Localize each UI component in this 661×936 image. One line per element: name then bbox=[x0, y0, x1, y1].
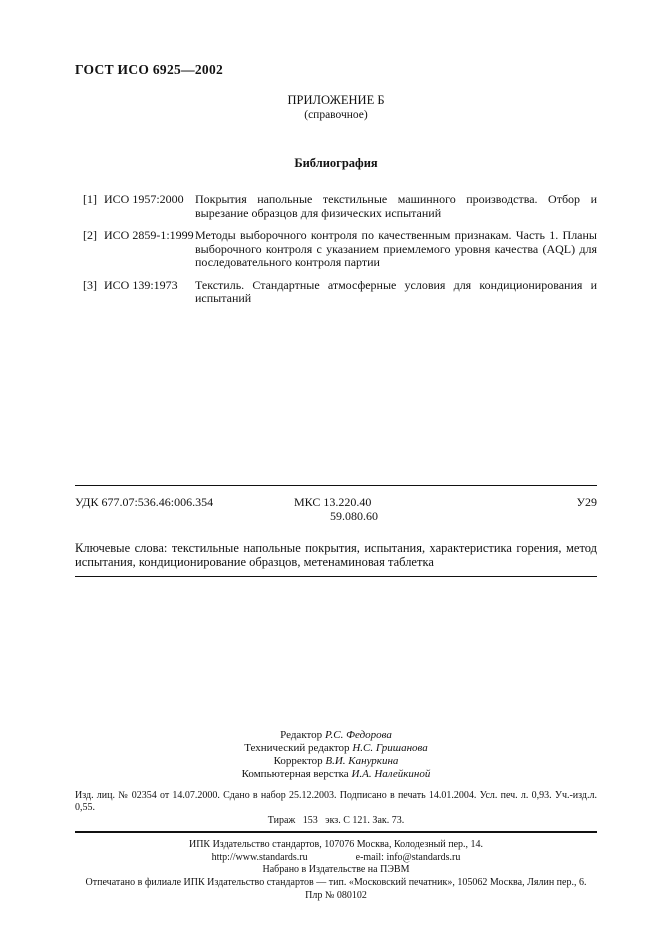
publisher-website: http://www.standards.ru bbox=[212, 852, 308, 864]
staff-name: Р.С. Федорова bbox=[325, 729, 392, 741]
staff-line: Технический редактор Н.С. Гришанова bbox=[75, 742, 597, 755]
entry-description: Методы выборочного контроля по качествен… bbox=[195, 229, 597, 270]
staff-role: Корректор bbox=[274, 755, 326, 767]
subject-index: У29 bbox=[378, 495, 597, 523]
bibliography-list: [1] ИСО 1957:2000 Покрытия напольные тек… bbox=[75, 193, 597, 306]
document-page: ГОСТ ИСО 6925—2002 ПРИЛОЖЕНИЕ Б (справоч… bbox=[75, 0, 597, 903]
publisher-block: ИПК Издательство стандартов, 107076 Моск… bbox=[75, 839, 597, 902]
mks-code-secondary: 59.080.60 bbox=[330, 509, 378, 523]
staff-line: Редактор Р.С. Федорова bbox=[75, 729, 597, 742]
appendix-heading: ПРИЛОЖЕНИЕ Б (справочное) bbox=[75, 93, 597, 121]
classification-row: УДК 677.07:536.46:006.354 МКС 13.220.40 … bbox=[75, 495, 597, 523]
staff-name: В.И. Кануркина bbox=[325, 755, 398, 767]
entry-number: [1] bbox=[75, 193, 104, 220]
staff-line: Корректор В.И. Кануркина bbox=[75, 755, 597, 768]
mks-codes: МКС 13.220.40 59.080.60 bbox=[294, 495, 378, 523]
bibliography-title: Библиография bbox=[75, 156, 597, 171]
bibliography-entry: [1] ИСО 1957:2000 Покрытия напольные тек… bbox=[75, 193, 597, 220]
bibliography-entry: [2] ИСО 2859-1:1999 Методы выборочного к… bbox=[75, 229, 597, 270]
entry-number: [2] bbox=[75, 229, 104, 270]
staff-credits: Редактор Р.С. Федорова Технический редак… bbox=[75, 729, 597, 781]
publisher-address: ИПК Издательство стандартов, 107076 Моск… bbox=[75, 839, 597, 851]
publisher-email: e-mail: info@standards.ru bbox=[356, 852, 461, 864]
entry-standard-code: ИСО 1957:2000 bbox=[104, 193, 195, 220]
staff-name: Н.С. Гришанова bbox=[352, 742, 427, 754]
horizontal-rule-middle bbox=[75, 576, 597, 577]
mks-code-primary: МКС 13.220.40 bbox=[294, 495, 378, 509]
horizontal-rule-bottom-thick bbox=[75, 831, 597, 833]
staff-name: И.А. Налейкиной bbox=[351, 768, 430, 780]
entry-number: [3] bbox=[75, 279, 104, 306]
appendix-subtitle: (справочное) bbox=[75, 109, 597, 121]
bibliography-entry: [3] ИСО 139:1973 Текстиль. Стандартные а… bbox=[75, 279, 597, 306]
staff-role: Компьютерная верстка bbox=[242, 768, 352, 780]
publisher-contacts: http://www.standards.ru e-mail: info@sta… bbox=[75, 852, 597, 864]
typeset-note: Набрано в Издательстве на ПЭВМ bbox=[75, 864, 597, 876]
entry-description: Покрытия напольные текстильные машинного… bbox=[195, 193, 597, 220]
entry-description: Текстиль. Стандартные атмосферные услови… bbox=[195, 279, 597, 306]
appendix-title: ПРИЛОЖЕНИЕ Б bbox=[75, 93, 597, 108]
license-line: Изд. лиц. № 02354 от 14.07.2000. Сдано в… bbox=[75, 790, 597, 815]
udk-code: УДК 677.07:536.46:006.354 bbox=[75, 495, 294, 523]
publishing-license-block: Изд. лиц. № 02354 от 14.07.2000. Сдано в… bbox=[75, 790, 597, 828]
keywords-paragraph: Ключевые слова: текстильные напольные по… bbox=[75, 541, 597, 570]
entry-standard-code: ИСО 139:1973 bbox=[104, 279, 195, 306]
entry-standard-code: ИСО 2859-1:1999 bbox=[104, 229, 195, 270]
staff-role: Технический редактор bbox=[244, 742, 352, 754]
staff-role: Редактор bbox=[280, 729, 325, 741]
document-code: ГОСТ ИСО 6925—2002 bbox=[75, 62, 597, 78]
staff-line: Компьютерная верстка И.А. Налейкиной bbox=[75, 768, 597, 781]
printer-address: Отпечатано в филиале ИПК Издательство ст… bbox=[75, 877, 597, 889]
print-run-line: Тираж 153 экз. С 121. Зак. 73. bbox=[75, 815, 597, 828]
horizontal-rule-top bbox=[75, 485, 597, 486]
plr-number: Плр № 080102 bbox=[75, 890, 597, 902]
